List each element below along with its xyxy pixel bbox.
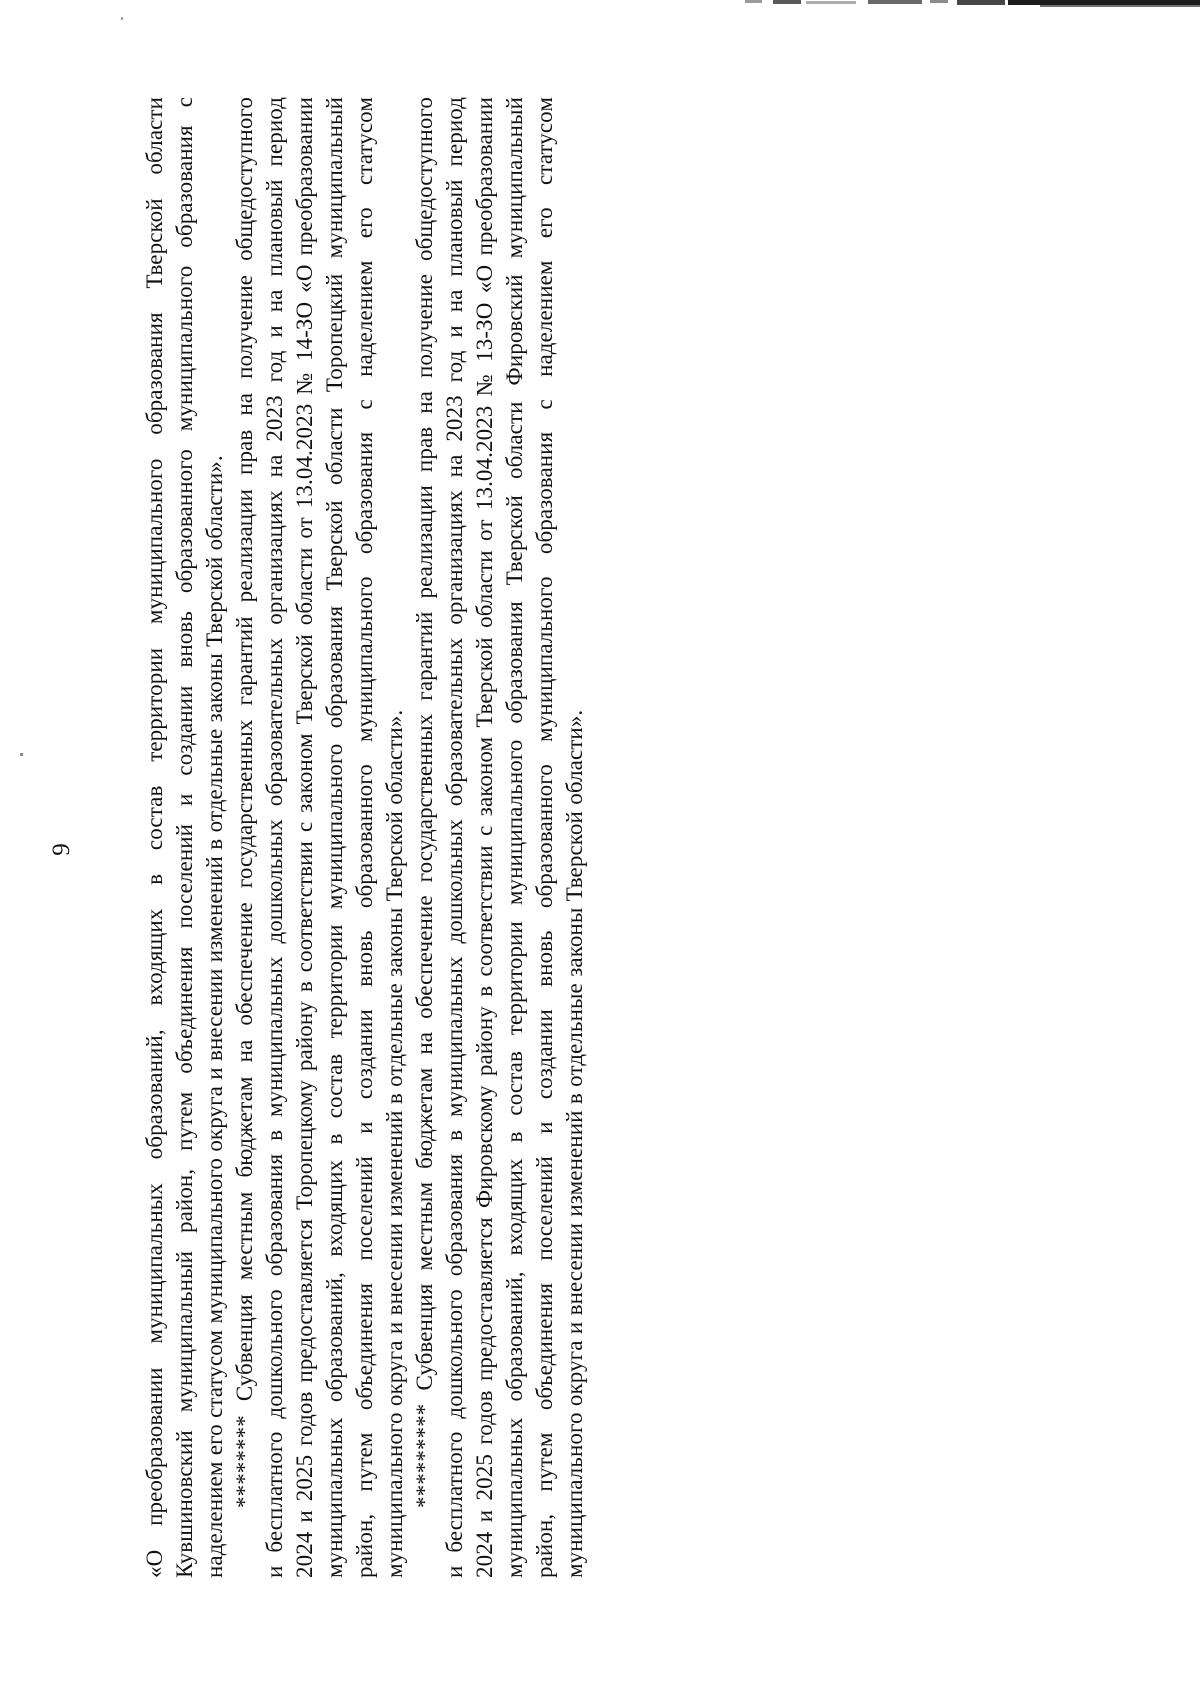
document-line: и бесплатного дошкольного образования в … (440, 97, 470, 1578)
document-line: муниципальных образований, входящих в со… (320, 97, 350, 1578)
document-line: муниципального округа и внесении изменен… (380, 97, 410, 1578)
document-line-footnote-start: ******** Субвенция местным бюджетам на о… (230, 97, 260, 1578)
document-line: наделением его статусом муниципального о… (200, 97, 230, 1578)
scanned-page: 9 «О преобразовании муниципальных образо… (0, 0, 1200, 1699)
document-line: район, путем объединения поселений и соз… (530, 97, 560, 1578)
document-text-block: «О преобразовании муниципальных образова… (140, 97, 590, 1578)
document-line: муниципальных образований, входящих в со… (500, 97, 530, 1578)
document-line: 2024 и 2025 годов предоставляется Фировс… (470, 97, 500, 1578)
page-number: 9 (48, 0, 76, 1699)
document-line: муниципального округа и внесении изменен… (560, 97, 590, 1578)
document-line: «О преобразовании муниципальных образова… (140, 97, 170, 1578)
document-line: Кувшиновский муниципальный район, путем … (170, 97, 200, 1578)
document-line: 2024 и 2025 годов предоставляется Торопе… (290, 97, 320, 1578)
document-line-footnote-start: ********* Субвенция местным бюджетам на … (410, 97, 440, 1578)
document-line: район, путем объединения поселений и соз… (350, 97, 380, 1578)
document-line: и бесплатного дошкольного образования в … (260, 97, 290, 1578)
